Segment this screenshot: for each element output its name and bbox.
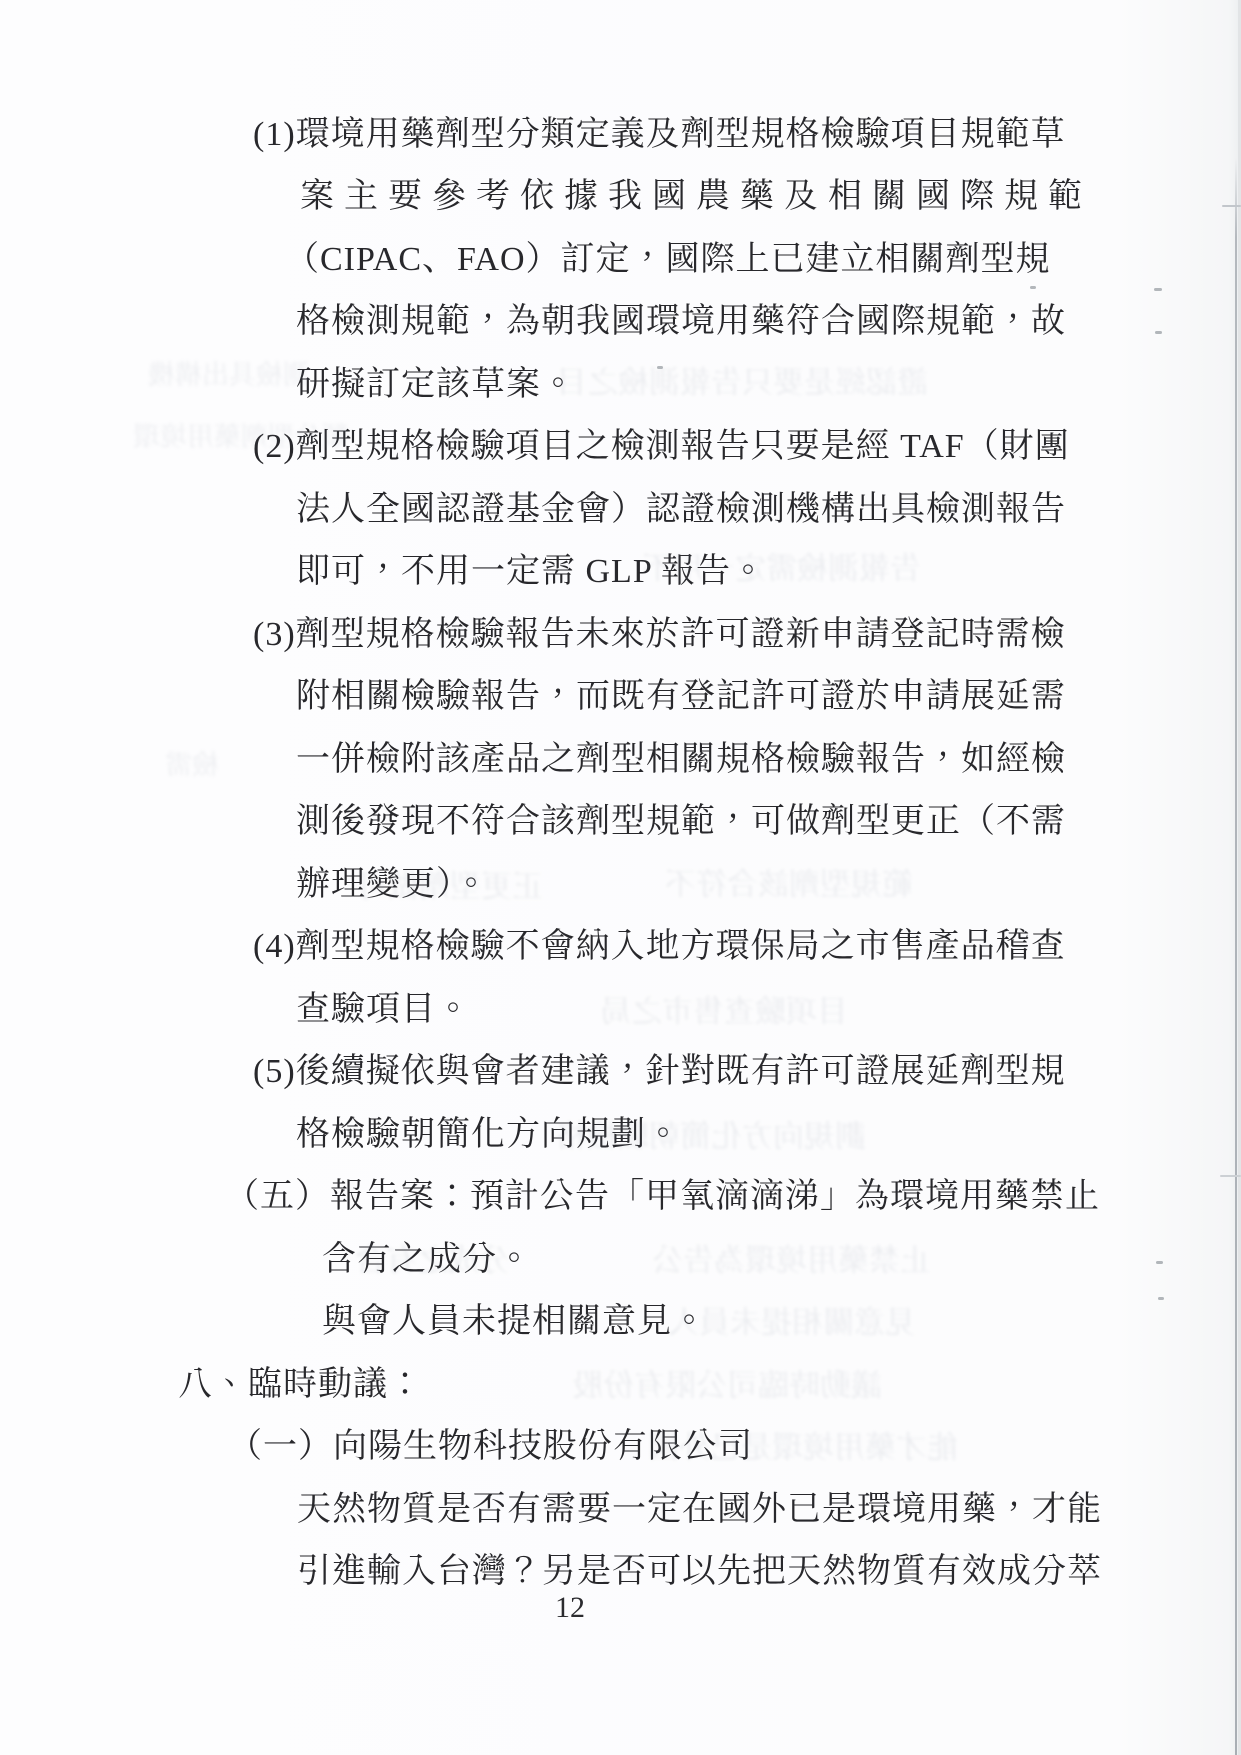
text-line: 格檢驗朝簡化方向規劃。 bbox=[296, 1104, 681, 1166]
scan-speck bbox=[1158, 1297, 1164, 1300]
scan-speck bbox=[1156, 1261, 1163, 1264]
page-number: 12 bbox=[545, 1586, 595, 1630]
text-line: 引進輸入台灣？另是否可以先把天然物質有效成分萃 bbox=[297, 1541, 1102, 1603]
bleedthrough-artifact: 範規型劑該合符不 bbox=[665, 868, 913, 902]
text-line: 即可，不用一定需 GLP 報告。 bbox=[296, 541, 766, 603]
text-line: (1)環境用藥劑型分類定義及劑型規格檢驗項目規範草 bbox=[253, 104, 1066, 166]
bleedthrough-artifact: 證認經是要只告報測檢之目 bbox=[556, 366, 928, 400]
text-line: 查驗項目。 bbox=[296, 979, 471, 1041]
text-line: 附相關檢驗報告，而既有登記許可證於申請展延需 bbox=[296, 666, 1066, 728]
text-line: 格檢測規範，為朝我國環境用藥符合國際規範，故 bbox=[296, 291, 1066, 353]
text-line: 一併檢附該產品之劑型相關規格檢驗報告，如經檢 bbox=[296, 729, 1066, 791]
text-line: 法人全國認證基金會）認證檢測機構出具檢測報告 bbox=[296, 479, 1066, 541]
text-line: 天然物質是否有需要一定在國外已是環境用藥，才能 bbox=[297, 1479, 1102, 1541]
text-line: （五）報告案：預計公告「甲氧滴滴涕」為環境用藥禁止 bbox=[225, 1166, 1100, 1228]
text-line: 測後發現不符合該劑型規範，可做劑型更正（不需 bbox=[296, 791, 1066, 853]
bleedthrough-artifact: 目項驗查售市之局 bbox=[600, 995, 848, 1029]
text-line: 案主要參考依據我國農藥及相關國際規範 bbox=[300, 166, 1092, 228]
scan-tick-mark bbox=[1222, 205, 1241, 207]
scanned-document-page: (1)環境用藥劑型分類定義及劑型規格檢驗項目規範草 案主要參考依據我國農藥及相關… bbox=[0, 0, 1241, 1755]
text-line: (3)劑型規格檢驗報告未來於許可證新申請登記時需檢 bbox=[253, 604, 1066, 666]
scan-speck bbox=[1154, 288, 1162, 291]
text-line: 含有之成分。 bbox=[322, 1229, 532, 1291]
scan-tick-mark bbox=[1220, 1175, 1241, 1177]
text-line: （CIPAC、FAO）訂定，國際上已建立相關劑型規 bbox=[285, 229, 1051, 291]
text-line: （一）向陽生物科技股份有限公司 bbox=[228, 1416, 753, 1478]
bleedthrough-artifact: 止禁藥用境環為告公 bbox=[652, 1244, 931, 1278]
text-line: 研擬訂定該草案。 bbox=[296, 354, 576, 416]
text-line: 八、臨時動議： bbox=[178, 1354, 423, 1416]
text-line: 辦理變更）。 bbox=[296, 854, 489, 916]
text-line: 與會人員未提相關意見。 bbox=[322, 1291, 707, 1353]
text-line: (2)劑型規格檢驗項目之檢測報告只要是經 TAF（財團 bbox=[253, 416, 1070, 478]
text-line: (4)劑型規格檢驗不會納入地方環保局之市售產品稽查 bbox=[253, 916, 1066, 978]
scan-edge-line bbox=[1235, 158, 1237, 1755]
text-line: (5)後續擬依與會者建議，針對既有許可證展延劑型規 bbox=[253, 1041, 1066, 1103]
bleedthrough-artifact: 檢需 bbox=[165, 748, 219, 782]
scan-speck bbox=[1155, 331, 1162, 334]
bleedthrough-artifact: 議動時臨司公限有份股 bbox=[572, 1369, 882, 1403]
bleedthrough-artifact: 測檢具出構機 bbox=[148, 358, 310, 392]
scan-speck bbox=[1030, 286, 1036, 289]
scan-speck bbox=[657, 366, 663, 369]
